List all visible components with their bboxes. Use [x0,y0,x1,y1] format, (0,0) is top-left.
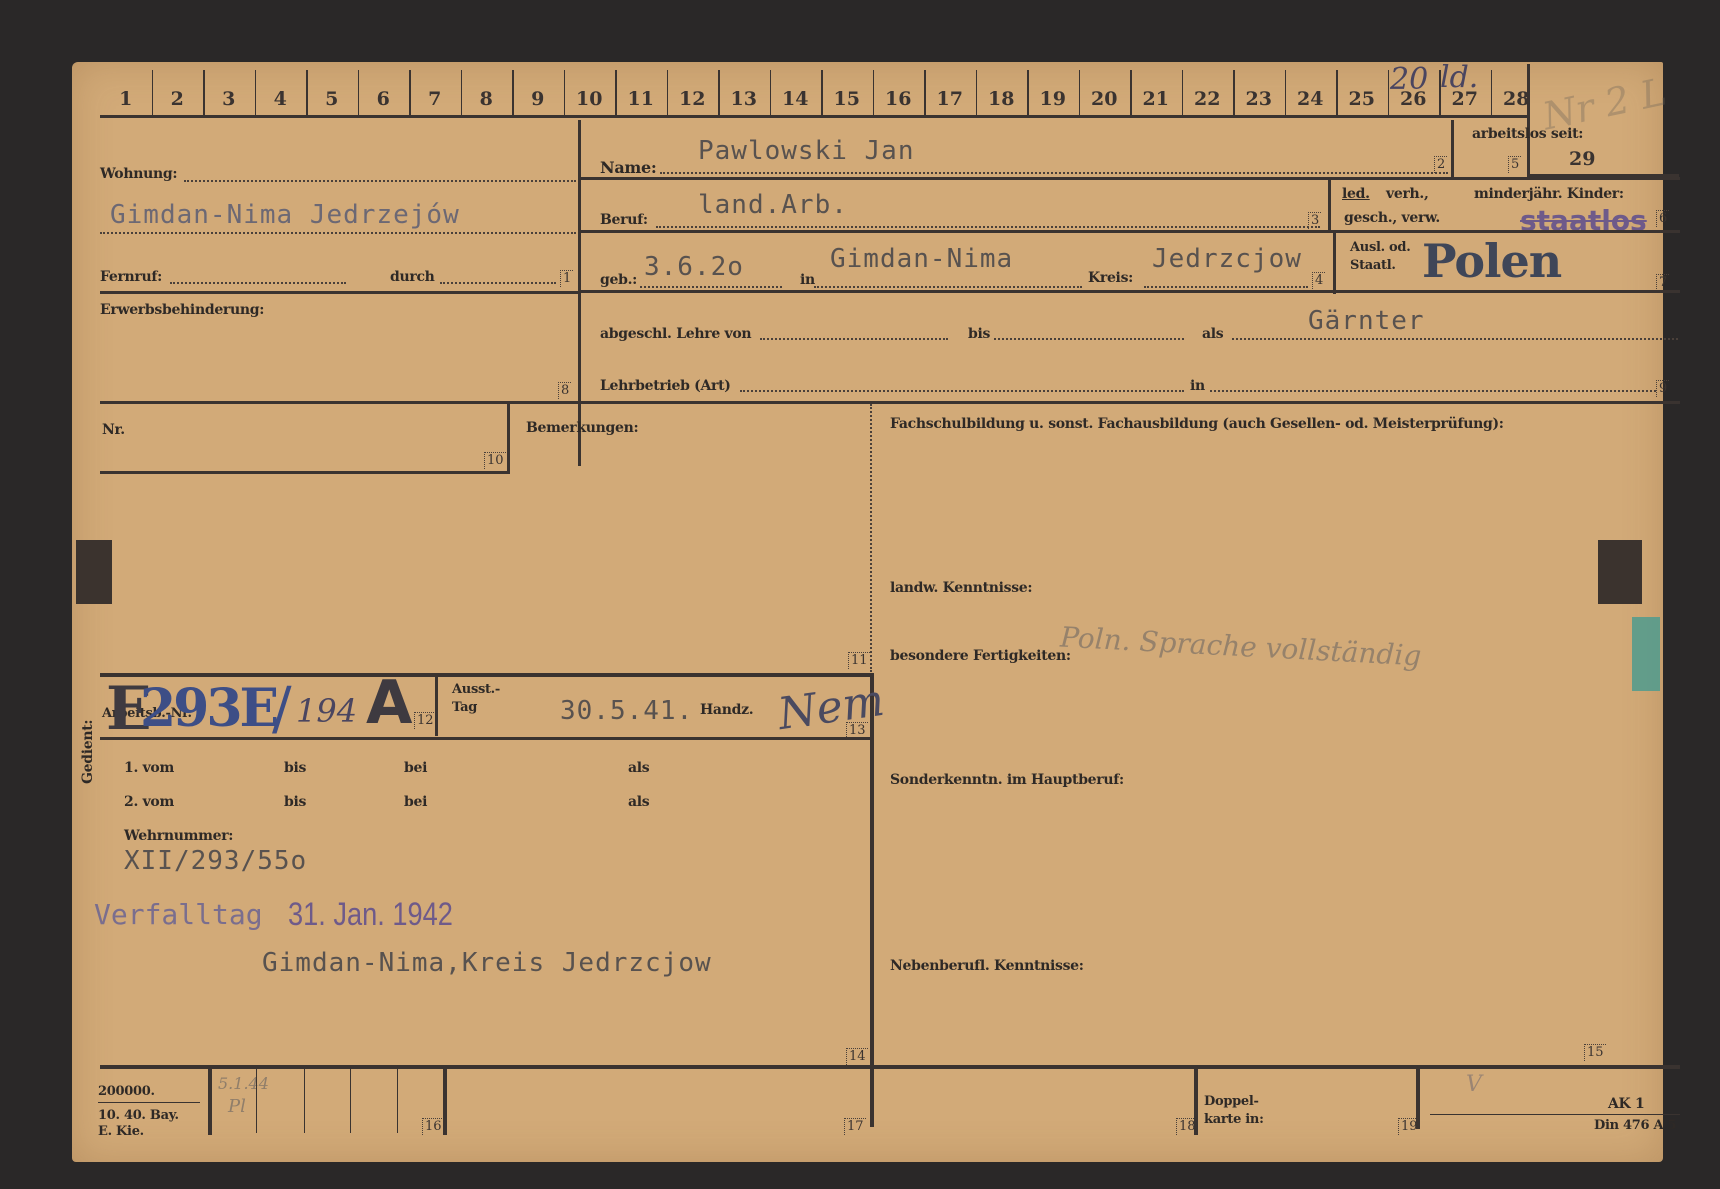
wohnung-line [184,180,576,182]
status-verh: verh., [1386,186,1429,202]
staatl-divider [1333,232,1336,294]
name-line [660,172,1448,174]
lehrbetrieb-label: Lehrbetrieb (Art) [600,378,731,394]
fernruf-line [170,282,346,284]
column-number-6: 6 [358,88,410,110]
geb-rule [578,290,1680,293]
column-number-18: 18 [976,88,1028,110]
field-number-1: 1 [560,270,573,287]
field-number-12: 12 [414,712,436,729]
pencil-date: 5.1.44 [218,1074,269,1093]
erwerbsbehinderung-label: Erwerbsbehinderung: [100,302,264,318]
row1-vom: 1. vom [124,760,174,776]
column-tick [718,70,720,116]
column-tick [976,70,978,116]
row1-bei: bei [404,760,427,776]
column-number-9: 9 [512,88,564,110]
landw-label: landw. Kenntnisse: [890,580,1032,596]
fertigkeiten-label: besondere Fertigkeiten: [890,648,1071,664]
column-tick [873,70,875,116]
doppelkarte-label-1: Doppel- [1204,1094,1259,1109]
handz-label: Handz. [700,702,753,718]
fachschul-label: Fachschulbildung u. sonst. Fachausbildun… [890,416,1504,432]
nr-label: Nr. [102,422,125,438]
lehre-bis-label: bis [968,326,990,342]
kinder-label: minderjähr. Kinder: [1474,186,1624,202]
column-tick [1233,70,1235,116]
als-value: Gärnter [1308,306,1425,336]
stamp-a: A [366,668,412,738]
column-tick [1336,70,1338,116]
form-code: AK 1 [1608,1096,1644,1112]
lehrbetrieb-in-label: in [1190,378,1205,394]
lehre-label: abgeschl. Lehre von [600,326,751,342]
doppelkarte-label-2: karte in: [1204,1112,1264,1127]
print-info-1: 10. 40. Bay. [98,1108,179,1123]
beruf-value: land.Arb. [698,190,848,220]
column-tick [1285,70,1287,116]
arbeitslos-label: arbeitslos seit: [1472,126,1583,142]
durch-line [440,282,556,284]
field-number-10: 10 [484,452,506,469]
column-number-23: 23 [1233,88,1285,110]
bottom-divider-4 [1416,1067,1420,1129]
column-number-15: 15 [821,88,873,110]
column-tick [461,70,463,116]
row2-vom: 2. vom [124,794,174,810]
polen-stamp: Polen [1422,234,1561,288]
fertigkeiten-value: Poln. Sprache vollständig [1059,621,1422,673]
status-divider [1328,178,1331,232]
pencil-initials: Pl [228,1096,246,1117]
column-tick [770,70,772,116]
ausst-bottom-rule [100,737,874,740]
registration-card: 1234567891011121314151617181920212223242… [72,62,1663,1162]
bottom-sub-divider-4 [397,1067,398,1133]
birthplace-line [814,286,1082,288]
kreis-value: Jedrzcjow [1152,244,1302,274]
column-tick [255,70,257,116]
field-number-2: 2 [1434,156,1447,173]
column-number-2: 2 [152,88,204,110]
als-line [1232,338,1678,340]
bottom-divider-3 [1194,1067,1198,1135]
wohnung-label: Wohnung: [100,166,177,182]
address-value: Gimdan-Nima,Kreis Jedrzcjow [262,948,712,978]
column-tick [1079,70,1081,116]
print-info-2: E. Kie. [98,1124,144,1139]
field-number-14: 14 [846,1048,868,1065]
column-tick [1182,70,1184,116]
ausst-label-2: Tag [452,700,477,715]
als-label: als [1202,326,1223,342]
column-tick [821,70,823,116]
nebenberuf-label: Nebenberufl. Kenntnisse: [890,958,1084,974]
column-number-12: 12 [667,88,719,110]
nr-divider [507,404,510,474]
column-number-10: 10 [564,88,616,110]
beruf-line [656,226,1320,228]
column-tick [152,70,154,116]
column-number-20: 20 [1079,88,1131,110]
lower-left-right-border [870,673,874,1127]
column-number-11: 11 [615,88,667,110]
form-code-rule [1430,1114,1680,1115]
field-number-17: 17 [844,1118,866,1135]
column-number-19: 19 [1027,88,1079,110]
column-tick [564,70,566,116]
row1-als: als [628,760,649,776]
column-tick [306,70,308,116]
field-number-3: 3 [1308,212,1321,229]
column-number-22: 22 [1182,88,1234,110]
ausst-divider [435,676,438,736]
stamp-slash: / [272,674,292,742]
lehre-bis-line [994,338,1184,340]
bottom-divider-1 [208,1067,212,1135]
lehrbetrieb-in-line [1210,390,1656,392]
column-number-5: 5 [306,88,358,110]
bottom-divider-2 [443,1067,447,1135]
column-tick [615,70,617,116]
name-value: Pawlowski Jan [698,136,915,166]
status-gesch: gesch., verw. [1344,210,1440,226]
header-rule [100,115,1528,118]
wehrnummer-value: XII/293/55o [124,846,307,876]
column-tick [409,70,411,116]
column-tick [1491,70,1493,116]
gedient-label: Gedient: [80,720,96,784]
column-tick [1130,70,1132,116]
row1-bis: bis [284,760,306,776]
column-number-28: 28 [1491,88,1543,110]
nr-rule [100,471,510,474]
durch-label: durch [390,269,435,285]
ausl-label-2: Staatl. [1350,258,1396,273]
ausst-value: 30.5.41. [560,696,693,726]
stamp-293e: 293E [140,678,276,739]
field-number-15: 15 [1584,1044,1606,1061]
column-tick [1027,70,1029,116]
sonderkennt-label: Sonderkenntn. im Hauptberuf: [890,772,1124,788]
column-tick [512,70,514,116]
handwritten-col26: 20 [1390,62,1428,97]
bemerkungen-divider [870,404,872,672]
column-tick [667,70,669,116]
bottom-strip-top-rule [100,1065,1680,1069]
arbeitslos-divider [1451,120,1454,178]
kreis-label: Kreis: [1088,270,1133,286]
field-number-5: 5 [1508,156,1521,173]
column-tick [1388,70,1390,116]
verfall-date: 31. Jan. 1942 [288,896,453,933]
column-number-16: 16 [873,88,925,110]
box-29-number: 29 [1569,148,1595,170]
green-index-tab [1632,617,1660,691]
upper-block-bottom-rule [100,401,1680,404]
field-number-9: 9 [1656,380,1669,397]
field-number-11: 11 [848,652,870,669]
column-number-3: 3 [203,88,255,110]
column-number-8: 8 [461,88,513,110]
bottom-sub-divider-1 [256,1067,257,1133]
print-info-rule [98,1102,200,1103]
in-label: in [800,272,815,288]
handwritten-col27: ld. [1440,60,1478,95]
lehre-von-line [760,338,948,340]
wohnung-value: Gimdan-Nima Jedrzejów [110,200,460,230]
print-run: 200000. [98,1084,155,1099]
kreis-line [1144,286,1308,288]
bottom-sub-divider-3 [350,1067,351,1133]
pencil-check: V [1466,1072,1482,1097]
field-number-8: 8 [558,382,571,399]
name-rule [578,177,1680,180]
fernruf-rule [100,291,580,294]
column-number-1: 1 [100,88,152,110]
row2-als: als [628,794,649,810]
birthplace-value: Gimdan-Nima [830,244,1013,274]
status-ledig: led. [1342,186,1370,202]
ausst-label-1: Ausst.- [452,682,500,697]
beruf-label: Beruf: [600,212,648,228]
column-number-25: 25 [1336,88,1388,110]
geb-label: geb.: [600,272,637,288]
fernruf-label: Fernruf: [100,269,162,285]
registration-mark-left [76,540,112,604]
beruf-rule [578,230,1680,233]
field-number-16: 16 [422,1118,444,1135]
form-ref: Din 476 A 5 [1594,1118,1676,1133]
column-tick [358,70,360,116]
column-tick [203,70,205,116]
ausl-label-1: Ausl. od. [1350,240,1410,255]
column-number-4: 4 [255,88,307,110]
column-number-14: 14 [770,88,822,110]
column-tick [924,70,926,116]
column-number-13: 13 [718,88,770,110]
bemerkungen-label: Bemerkungen: [526,420,638,436]
registration-mark-right [1598,540,1642,604]
field-number-4: 4 [1312,272,1325,289]
column-number-17: 17 [924,88,976,110]
column-number-24: 24 [1285,88,1337,110]
wohnung-line-2 [100,232,576,234]
geb-value: 3.6.2o [644,252,744,282]
lehrbetrieb-line [740,390,1184,392]
box-29-divider [1527,64,1530,176]
arbeitsbuch-top-rule [100,673,874,677]
name-label: Name: [600,158,657,177]
bottom-sub-divider-2 [304,1067,305,1133]
verfall-label: Verfalltag [94,898,263,931]
column-number-21: 21 [1130,88,1182,110]
wehrnummer-label: Wehrnummer: [124,828,233,844]
field-number-6: 6 [1656,210,1669,227]
row2-bis: bis [284,794,306,810]
column-number-7: 7 [409,88,461,110]
row2-bei: bei [404,794,427,810]
handwritten-194: 194 [296,692,357,730]
field-number-7: 7 [1656,274,1669,291]
geb-line [640,286,782,288]
